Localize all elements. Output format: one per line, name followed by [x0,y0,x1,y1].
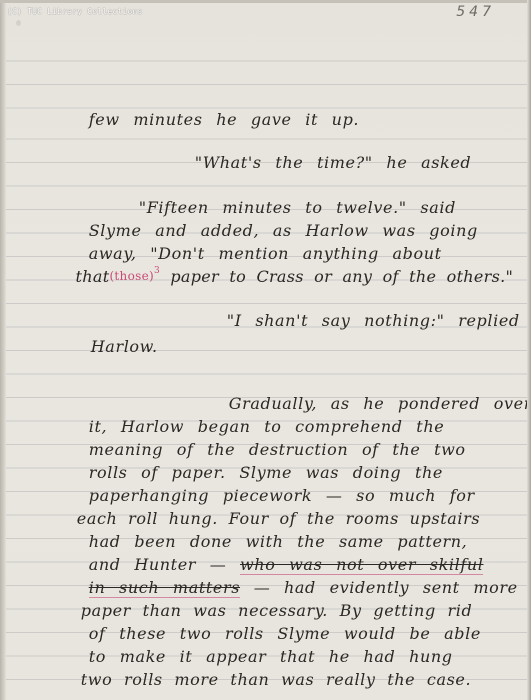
line-text: two rolls more than was really the case. [81,670,471,689]
manuscript-line: Harlow. [36,318,158,375]
line-text: paper to Crass or any of the others." [160,267,513,286]
manuscript-line: "I shan't say nothing:" replied [172,292,520,349]
line-text: Harlow. [91,337,158,356]
copyright-watermark: (C) TUC Library Collections [7,7,142,16]
red-insertion-caret: 3 [154,266,160,276]
page-top-edge [0,0,531,3]
line-text: that [76,267,110,286]
manuscript-page: (C) TUC Library Collections 547 few minu… [0,0,531,700]
line-text: few minutes he gave it up. [89,110,359,129]
page-number: 547 [456,4,495,20]
line-text: "What's the time?" he asked [195,153,472,172]
line-text: "I shan't say nothing:" replied [227,311,520,330]
red-insertion-annotation: (those) [109,269,154,283]
manuscript-line: two rolls more than was really the case. [34,651,471,700]
ink-speck [16,20,21,26]
